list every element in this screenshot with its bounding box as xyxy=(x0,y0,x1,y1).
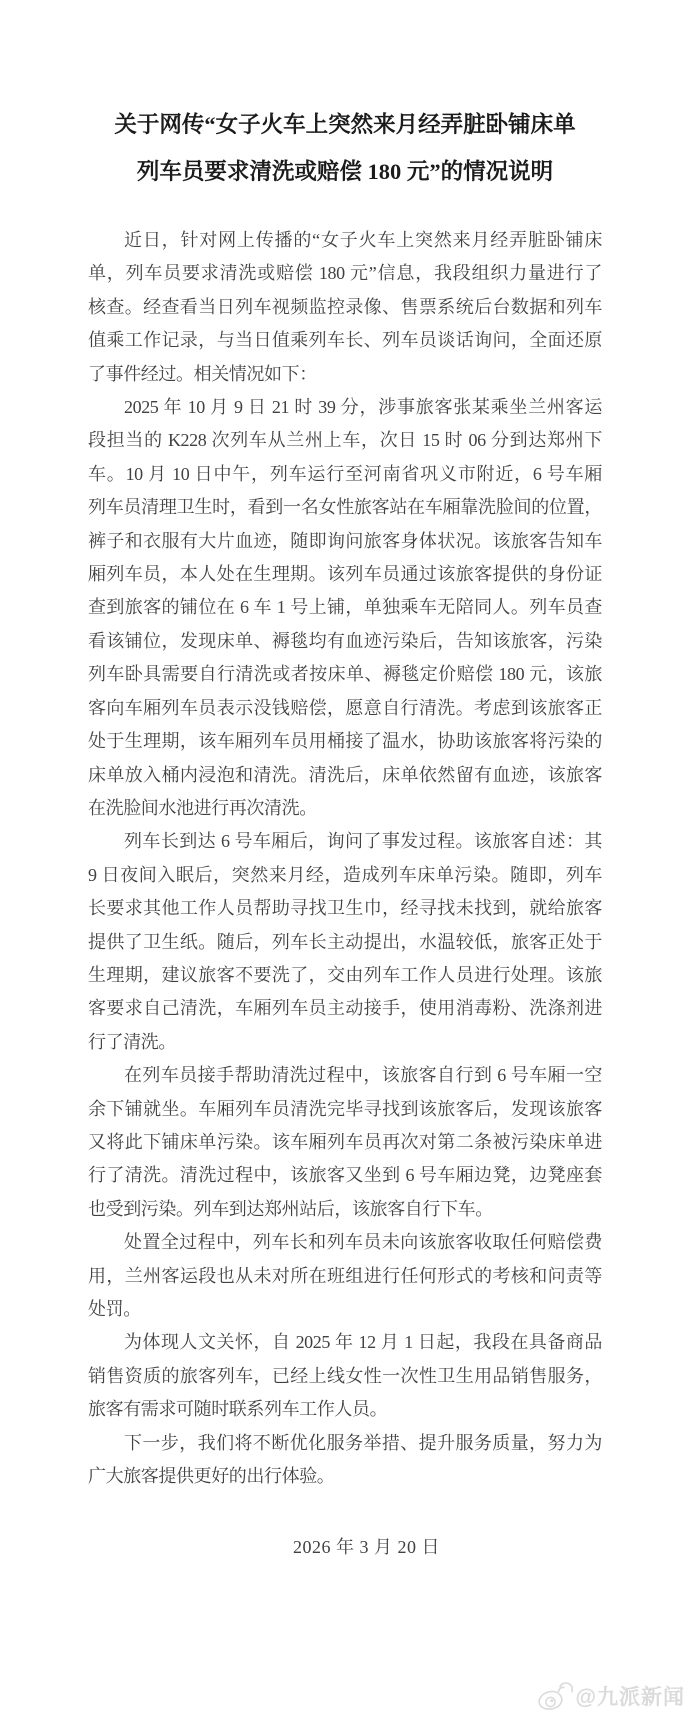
document-line: 列车长到达 6 号车厢后，询问了事发过程。该旅客自述：其 xyxy=(88,825,602,858)
document-line: 在列车员接手帮助清洗过程中，该旅客自行到 6 号车厢一空 xyxy=(88,1059,602,1092)
document-line: 长要求其他工作人员帮助寻找卫生巾，经寻找未找到，就给旅客 xyxy=(88,892,602,925)
document-line: 也受到污染。列车到达郑州站后，该旅客自行下车。 xyxy=(88,1193,602,1226)
document-line: 为体现人文关怀，自 2025 年 12 月 1 日起，我段在具备商品 xyxy=(88,1326,602,1359)
watermark-handle: @九派新闻 xyxy=(576,1681,685,1711)
document-body: 近日，针对网上传播的“女子火车上突然来月经弄脏卧铺床单，列车员要求清洗或赔偿 1… xyxy=(88,224,602,1493)
document-line: 值乘工作记录，与当日值乘列车长、列车员谈话询问，全面还原 xyxy=(88,324,602,357)
document-line: 9 日夜间入眠后，突然来月经，造成列车床单污染。随即，列车 xyxy=(88,859,602,892)
document-line: 段担当的 K228 次列车从兰州上车，次日 15 时 06 分到达郑州下 xyxy=(88,424,602,457)
document-line: 了事件经过。相关情况如下： xyxy=(88,358,602,391)
document-line: 车。10 月 10 日中午，列车运行至河南省巩义市附近，6 号车厢 xyxy=(88,458,602,491)
document-line: 列车员清理卫生时，看到一名女性旅客站在车厢靠洗脸间的位置， xyxy=(88,491,602,524)
document-line: 在洗脸间水池进行再次清洗。 xyxy=(88,792,602,825)
document-line: 单，列车员要求清洗或赔偿 180 元”信息，我段组织力量进行了 xyxy=(88,257,602,290)
document-line: 销售资质的旅客列车，已经上线女性一次性卫生用品销售服务， xyxy=(88,1360,602,1393)
document-line: 行了清洗。 xyxy=(88,1026,602,1059)
document-line: 看该铺位，发现床单、褥毯均有血迹污染后，告知该旅客，污染 xyxy=(88,625,602,658)
document-line: 核查。经查看当日列车视频监控录像、售票系统后台数据和列车 xyxy=(88,291,602,324)
document-line: 处罚。 xyxy=(88,1293,602,1326)
document-line: 旅客有需求可随时联系列车工作人员。 xyxy=(88,1393,602,1426)
document-line: 近日，针对网上传播的“女子火车上突然来月经弄脏卧铺床 xyxy=(88,224,602,257)
document-line: 下一步，我们将不断优化服务举措、提升服务质量，努力为 xyxy=(88,1427,602,1460)
document-line: 厢列车员，本人处在生理期。该列车员通过该旅客提供的身份证 xyxy=(88,558,602,591)
document-line: 用，兰州客运段也从未对所在班组进行任何形式的考核和问责等 xyxy=(88,1260,602,1293)
document-line: 查到旅客的铺位在 6 车 1 号上铺，单独乘车无陪同人。列车员查 xyxy=(88,591,602,624)
document-line: 客向车厢列车员表示没钱赔偿，愿意自行清洗。考虑到该旅客正 xyxy=(88,692,602,725)
document-line: 列车卧具需要自行清洗或者按床单、褥毯定价赔偿 180 元，该旅 xyxy=(88,658,602,691)
document-title-line-1: 关于网传“女子火车上突然来月经弄脏卧铺床单 xyxy=(0,101,690,148)
statement-document: 关于网传“女子火车上突然来月经弄脏卧铺床单 列车员要求清洗或赔偿 180 元”的… xyxy=(0,0,690,1714)
document-line: 余下铺就坐。车厢列车员清洗完毕寻找到该旅客后，发现该旅客 xyxy=(88,1093,602,1126)
document-line: 行了清洗。清洗过程中，该旅客又坐到 6 号车厢边凳，边凳座套 xyxy=(88,1159,602,1192)
document-line: 又将此下铺床单污染。该车厢列车员再次对第二条被污染床单进 xyxy=(88,1126,602,1159)
document-line: 生理期，建议旅客不要洗了，交由列车工作人员进行处理。该旅 xyxy=(88,959,602,992)
document-line: 2025 年 10 月 9 日 21 时 39 分，涉事旅客张某乘坐兰州客运 xyxy=(88,391,602,424)
document-title-line-2: 列车员要求清洗或赔偿 180 元”的情况说明 xyxy=(0,148,690,195)
document-line: 处置全过程中，列车长和列车员未向该旅客收取任何赔偿费 xyxy=(88,1226,602,1259)
document-line: 床单放入桶内浸泡和清洗。清洗后，床单依然留有血迹，该旅客 xyxy=(88,759,602,792)
document-line: 裤子和衣服有大片血迹，随即询问旅客身体状况。该旅客告知车 xyxy=(88,525,602,558)
document-line: 广大旅客提供更好的出行体验。 xyxy=(88,1460,602,1493)
document-title: 关于网传“女子火车上突然来月经弄脏卧铺床单 列车员要求清洗或赔偿 180 元”的… xyxy=(0,101,690,195)
document-line: 客要求自己清洗，车厢列车员主动接手，使用消毒粉、洗涤剂进 xyxy=(88,992,602,1025)
document-line: 提供了卫生纸。随后，列车长主动提出，水温较低，旅客正处于 xyxy=(88,926,602,959)
weibo-icon xyxy=(537,1681,573,1711)
watermark: @九派新闻 xyxy=(537,1681,685,1711)
document-date: 2026 年 3 月 20 日 xyxy=(293,1531,440,1564)
document-line: 处于生理期，该车厢列车员用桶接了温水，协助该旅客将污染的 xyxy=(88,725,602,758)
